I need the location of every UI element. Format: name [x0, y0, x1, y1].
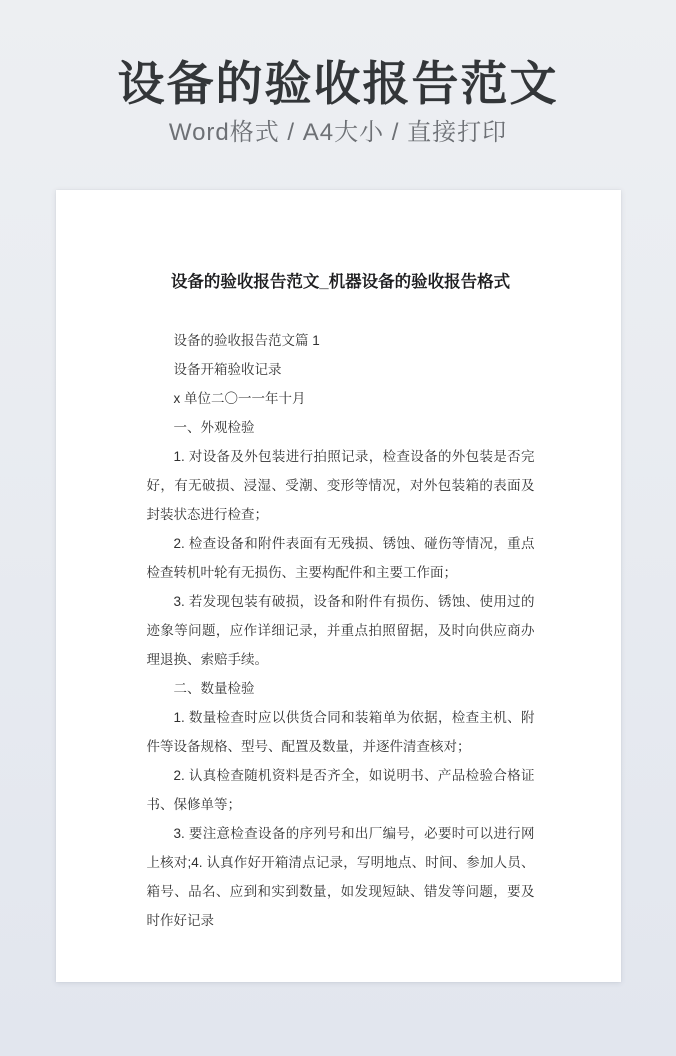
document-paragraph: 一、外观检验 — [147, 413, 535, 442]
document-title: 设备的验收报告范文_机器设备的验收报告格式 — [117, 270, 565, 294]
document-paragraph: 2. 认真检查随机资料是否齐全，如说明书、产品检验合格证书、保修单等； — [147, 761, 535, 819]
document-paragraph: 2. 检查设备和附件表面有无残损、锈蚀、碰伤等情况，重点检查转机叶轮有无损伤、主… — [147, 529, 535, 587]
page-title: 设备的验收报告范文 — [0, 56, 676, 112]
document-body: 设备的验收报告范文篇 1设备开箱验收记录x 单位二〇一一年十月一、外观检验1. … — [147, 326, 535, 935]
document-paragraph: 二、数量检验 — [147, 674, 535, 703]
document-paragraph: 设备开箱验收记录 — [147, 355, 535, 384]
document-paragraph: 设备的验收报告范文篇 1 — [147, 326, 535, 355]
page-subtitle: Word格式 / A4大小 / 直接打印 — [0, 118, 676, 148]
document-paragraph: 1. 数量检查时应以供货合同和装箱单为依据，检查主机、附件等设备规格、型号、配置… — [147, 703, 535, 761]
document-paragraph: 3. 要注意检查设备的序列号和出厂编号，必要时可以进行网上核对;4. 认真作好开… — [147, 819, 535, 935]
document-sheet: 设备的验收报告范文_机器设备的验收报告格式 设备的验收报告范文篇 1设备开箱验收… — [56, 190, 621, 982]
document-paragraph: x 单位二〇一一年十月 — [147, 384, 535, 413]
document-paragraph: 3. 若发现包装有破损，设备和附件有损伤、锈蚀、使用过的迹象等问题，应作详细记录… — [147, 587, 535, 674]
document-paragraph: 1. 对设备及外包装进行拍照记录，检查设备的外包装是否完好，有无破损、浸湿、受潮… — [147, 442, 535, 529]
template-header: 设备的验收报告范文 Word格式 / A4大小 / 直接打印 — [0, 0, 676, 148]
